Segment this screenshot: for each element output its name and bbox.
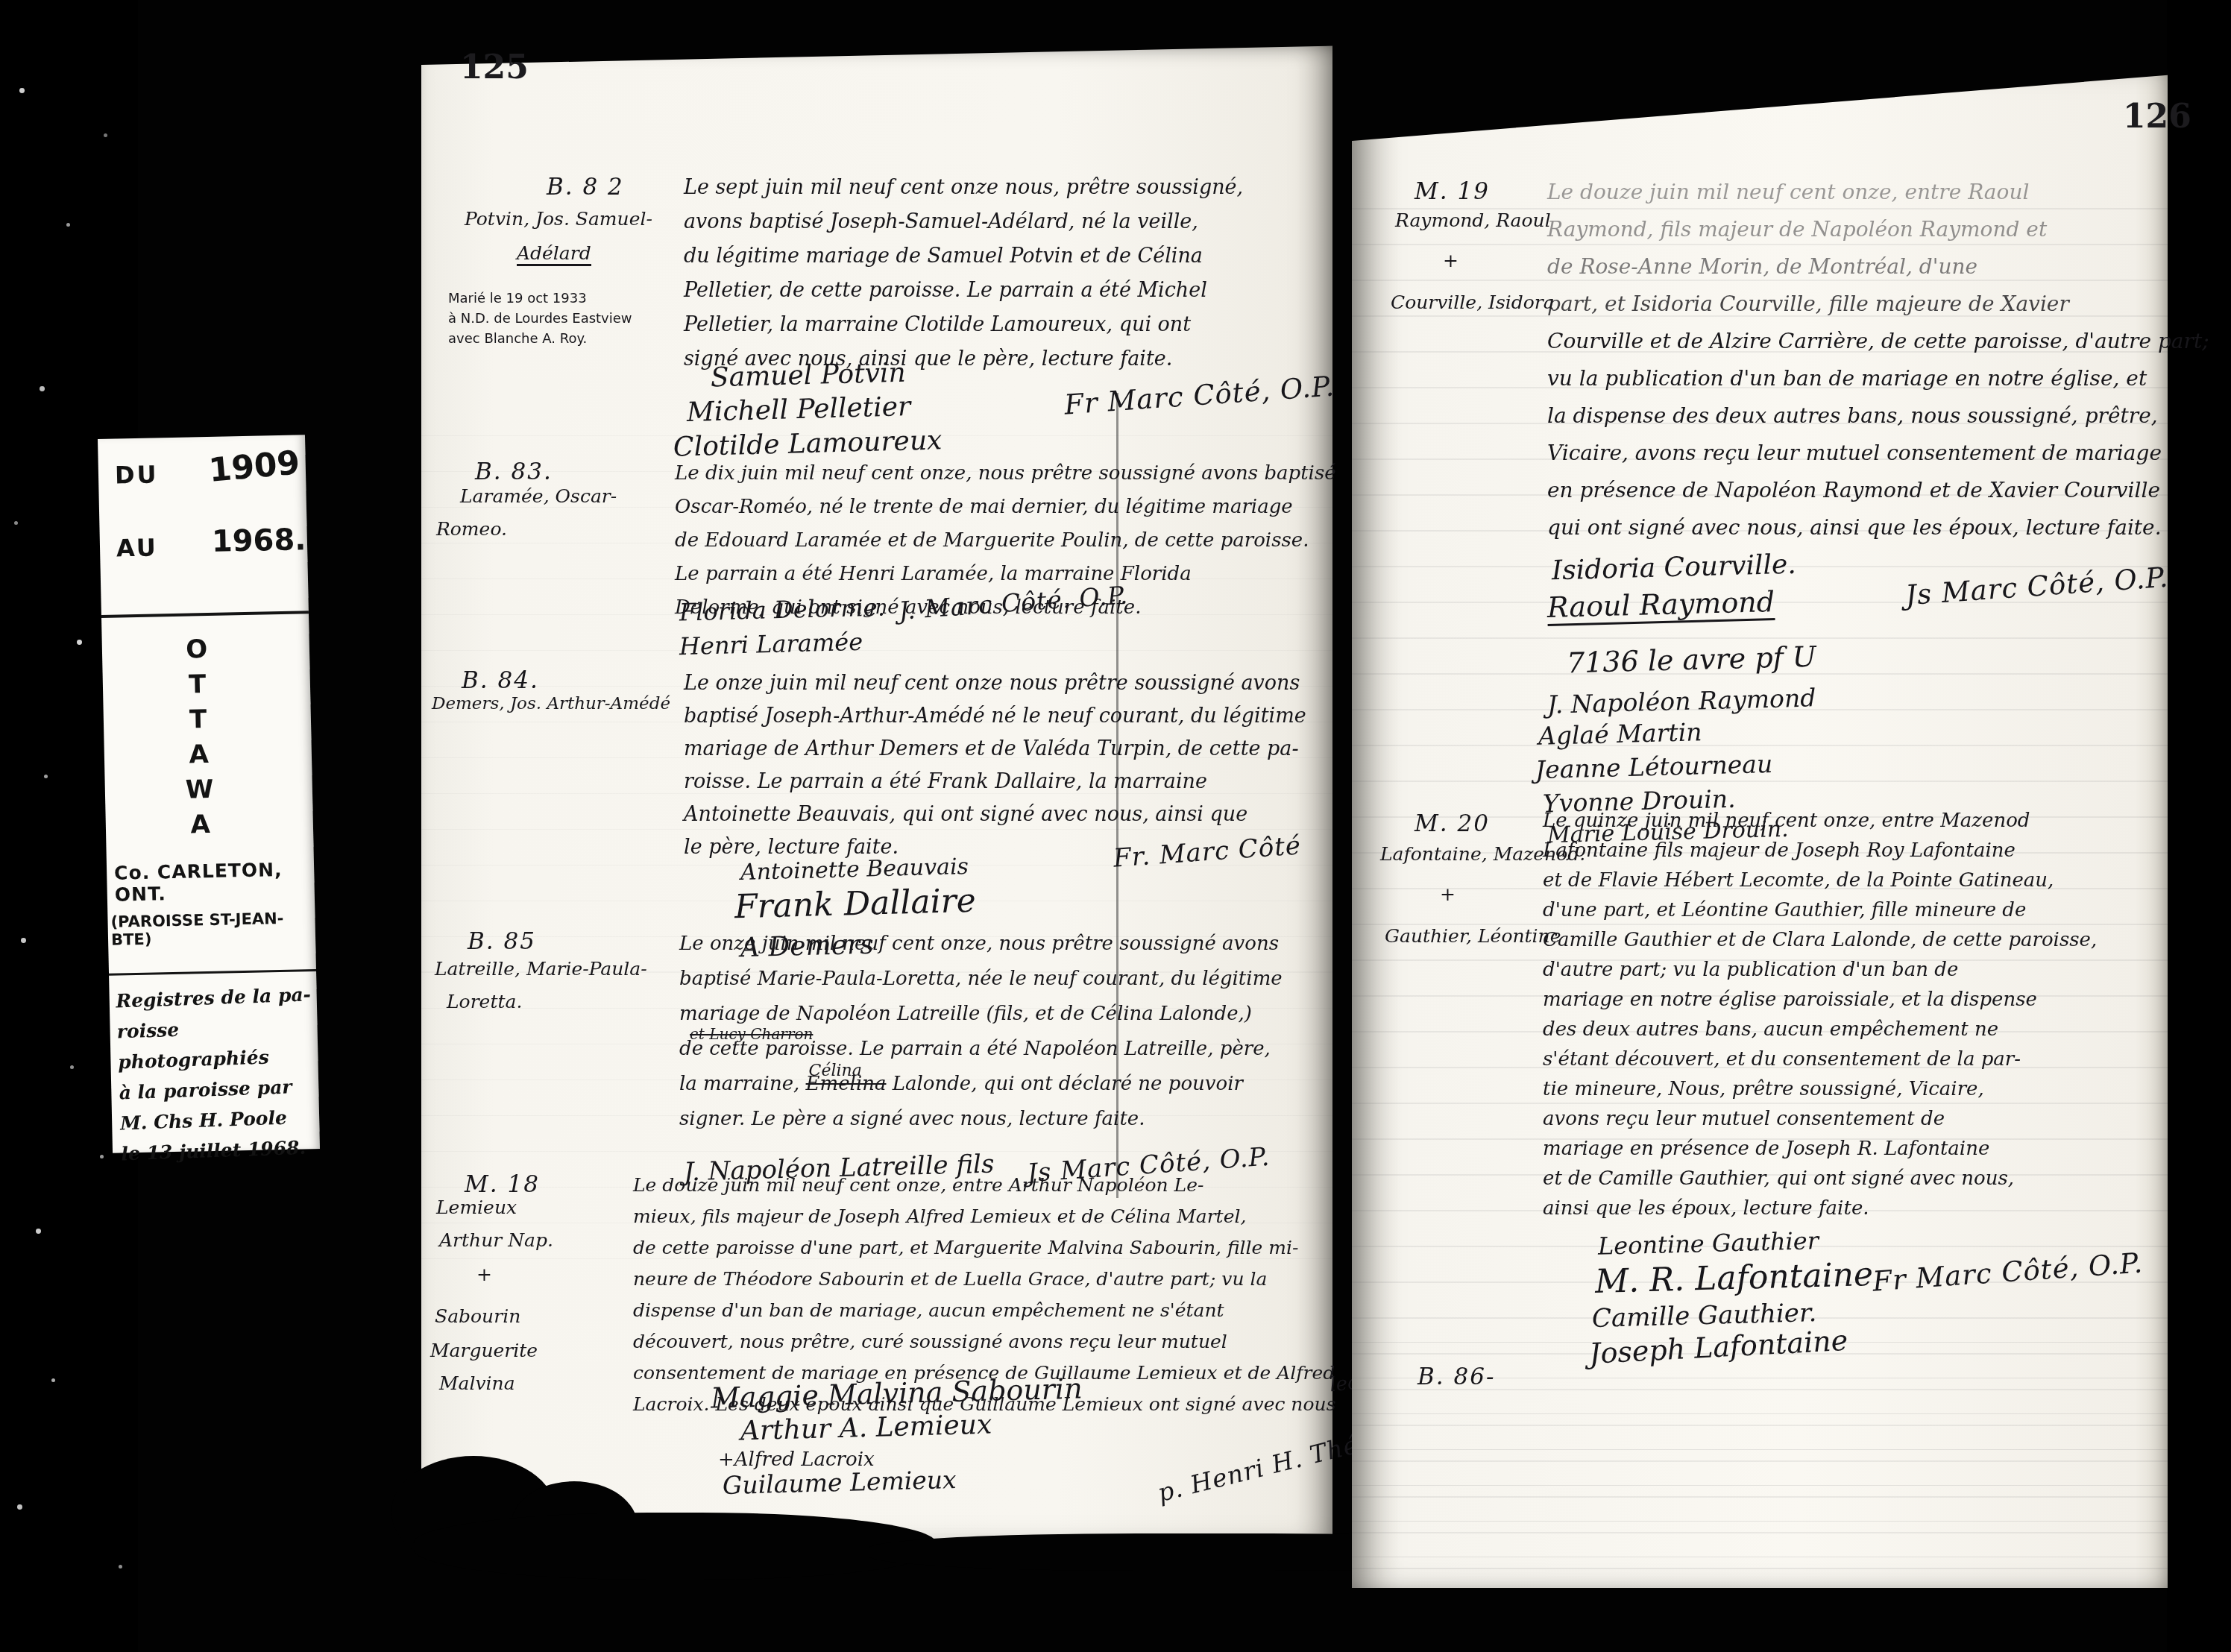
entry-b82-signature: Michell Pelletier <box>687 391 911 428</box>
text-line: avons baptisé Joseph-Samuel-Adélard, né … <box>684 205 1243 239</box>
text-line: Lafontaine fils majeur de Joseph Roy Laf… <box>1543 836 2097 866</box>
entry-b84-label: B. 84. <box>462 667 539 694</box>
text-line: le 13 juillet 1968. <box>121 1132 321 1169</box>
text-line: avec Blanche A. Roy. <box>448 329 632 349</box>
text-line: part, et Isidoria Courville, fille majeu… <box>1547 286 2209 323</box>
entry-b84-signature: Frank Dallaire <box>734 882 976 926</box>
text-line: découvert, nous prêtre, curé soussigné a… <box>633 1326 1335 1358</box>
text-line: Le quinze juin mil neuf cent onze, entre… <box>1543 806 2097 836</box>
body-line: la marraine, EmelinaCélina Lalonde, qui … <box>679 1067 1283 1102</box>
text-line: la dispense des deux autres bans, nous s… <box>1547 397 2209 435</box>
entry-m18-margin: + <box>476 1264 492 1285</box>
text-line: mariage en notre église paroissiale, et … <box>1543 985 2097 1015</box>
entry-m18-margin: Malvina <box>439 1372 515 1394</box>
text-line: Le dix juin mil neuf cent onze, nous prê… <box>675 457 1336 491</box>
text-line: à N.D. de Lourdes Eastview <box>448 309 632 329</box>
body-line: signer. Le père a signé avec nous, lectu… <box>679 1102 1283 1137</box>
photography-note: Registres de la pa-roisse photographiésà… <box>116 979 321 1169</box>
entry-m19-label: M. 19 <box>1415 178 1490 205</box>
text-line: du légitime mariage de Samuel Potvin et … <box>684 239 1243 274</box>
text-line: de Rose-Anne Morin, de Montréal, d'une <box>1547 248 2209 286</box>
text-line: et de Flavie Hébert Lecomte, de la Point… <box>1543 866 2097 895</box>
page-top-shadow <box>421 42 1332 65</box>
text-line: mariage en présence de Joseph R. Lafonta… <box>1543 1134 2097 1164</box>
card-year-range-section: DU 1909 AU 1968. <box>98 435 309 618</box>
city-name-vertical: OTTAWA <box>182 632 214 843</box>
entry-b82-label: B. 8 2 <box>547 174 624 201</box>
text-line: Antoinette Beauvais, qui ont signé avec … <box>684 798 1306 831</box>
text-line: vu la publication d'un ban de mariage en… <box>1547 360 2209 397</box>
from-year: 1909 <box>207 444 302 490</box>
entry-m19-priest-signature: Js Marc Côté, O.P. <box>1904 561 2170 612</box>
entry-b85-margin-name: Latreille, Marie-Paula- <box>435 958 647 980</box>
text-line: mariage de Arthur Demers et de Valéda Tu… <box>684 733 1306 766</box>
page-top-shadow <box>1352 69 2168 141</box>
entry-m18-margin: Marguerite <box>430 1340 538 1361</box>
county-label: Co. CARLETON, ONT. <box>114 858 315 906</box>
entry-b82-margin-name: Potvin, Jos. Samuel- <box>465 208 652 230</box>
text-line: qui ont signé avec nous, ainsi que les é… <box>1547 509 2209 546</box>
register-page-126: 126 M. 19 Raymond, Raoul + Courville, Is… <box>1352 69 2168 1588</box>
text-line: d'autre part; vu la publication d'un ban… <box>1543 955 2097 985</box>
text-line: tie mineure, Nous, prêtre soussigné, Vic… <box>1543 1074 2097 1104</box>
entry-m19-witness-address: 7136 le avre pf U <box>1566 640 1816 680</box>
text-line: en présence de Napoléon Raymond et de Xa… <box>1547 472 2209 509</box>
entry-m20-margin: Gauthier, Léontine <box>1385 925 1561 947</box>
text-line: avons reçu leur mutuel consentement de <box>1543 1104 2097 1134</box>
text-line: ainsi que les époux, lecture faite. <box>1543 1194 2097 1223</box>
text-line: Le onze juin mil neuf cent onze nous prê… <box>684 667 1306 700</box>
entry-m18-signature: Arthur A. Lemieux <box>740 1410 992 1447</box>
entry-b82-priest-signature: Fr Marc Côté, O.P. <box>1063 370 1335 420</box>
text-line: s'étant découvert, et du consentement de… <box>1543 1044 2097 1074</box>
body-line: Le onze juin mil neuf cent onze, nous pr… <box>679 927 1283 962</box>
entry-b83-margin-name2: Romeo. <box>436 518 507 540</box>
entry-m19-margin: + <box>1443 250 1459 271</box>
film-blob <box>414 1513 936 1580</box>
text-line: Le douze juin mil neuf cent onze, entre … <box>633 1170 1335 1201</box>
text-line: de Edouard Laramée et de Marguerite Poul… <box>675 524 1336 558</box>
text-line: des deux autres bans, aucun empêchement … <box>1543 1015 2097 1044</box>
text-line: Marié le 19 oct 1933 <box>448 289 632 309</box>
entry-b82-signature: Samuel Potvin <box>711 358 907 394</box>
card-location-section: OTTAWA Co. CARLETON, ONT. (PAROISSE ST-J… <box>101 614 316 976</box>
card-note-section: Registres de la pa-roisse photographiésà… <box>109 971 320 1147</box>
text-line: Oscar-Roméo, né le trente de mai dernier… <box>675 491 1336 524</box>
text-line: Vicaire, avons reçu leur mutuel consente… <box>1547 435 2209 472</box>
entry-m20-margin: + <box>1440 883 1456 905</box>
entry-m18-margin: Sabourin <box>435 1305 520 1327</box>
entry-m18-label: M. 18 <box>465 1171 540 1198</box>
text-line: Pelletier, la marraine Clotilde Lamoureu… <box>684 308 1243 342</box>
register-page-125: 125 B. 8 2 Potvin, Jos. Samuel- Adélard … <box>421 42 1332 1539</box>
microfilm-scan: DU 1909 AU 1968. OTTAWA Co. CARLETON, ON… <box>0 0 2231 1652</box>
entry-m19-witness: Jeanne Létourneau <box>1535 749 1773 784</box>
entry-b83-signature: Henri Laramée <box>679 628 863 661</box>
to-label: AU <box>116 533 159 562</box>
entry-b86-label: B. 86- <box>1417 1363 1495 1390</box>
text-line: roisse. Le parrain a été Frank Dallaire,… <box>684 766 1306 798</box>
entry-m19-margin: Raymond, Raoul <box>1395 209 1551 231</box>
entry-m20-signature: Leontine Gauthier <box>1598 1226 1819 1261</box>
text-line: dispense d'un ban de mariage, aucun empê… <box>633 1295 1335 1326</box>
entry-m20-body: Le quinze juin mil neuf cent onze, entre… <box>1543 806 2097 1223</box>
entry-m19-witness: J. Napoléon Raymond <box>1547 683 1816 719</box>
text-line: Camille Gauthier et de Clara Lalonde, de… <box>1543 925 2097 955</box>
text-line: Pelletier, de cette paroisse. Le parrain… <box>684 274 1243 308</box>
entry-m18-margin: Lemieux <box>436 1197 517 1218</box>
text-line: neure de Théodore Sabourin et de Luella … <box>633 1264 1335 1295</box>
entry-b85-interline-struck: et Lucy Charron <box>690 1025 813 1043</box>
entry-m20-priest-signature: Fr Marc Côté, O.P. <box>1872 1246 2144 1297</box>
entry-m20-label: M. 20 <box>1415 810 1490 837</box>
text-line: de cette paroisse d'une part, et Marguer… <box>633 1232 1335 1264</box>
entry-m20-signature: M. R. Lafontaine <box>1594 1255 1873 1301</box>
entry-m19-witness: Aglaé Martin <box>1538 717 1702 751</box>
entry-b85-label: B. 85 <box>468 928 536 955</box>
entry-m19-signature: Isidoria Courville. <box>1552 549 1797 587</box>
parish-label: (PAROISSE ST-JEAN-BTE) <box>110 909 315 949</box>
entry-b83-label: B. 83. <box>475 458 553 485</box>
text-line: Le sept juin mil neuf cent onze nous, pr… <box>684 171 1243 205</box>
entry-m19-body: Le douze juin mil neuf cent onze, entre … <box>1547 174 2209 546</box>
text-line: Courville et de Alzire Carrière, de cett… <box>1547 323 2209 360</box>
entry-b84-body: Le onze juin mil neuf cent onze nous prê… <box>684 667 1306 864</box>
entry-m18-margin: Arthur Nap. <box>439 1229 553 1251</box>
entry-b83-signature: Florida Delorme. <box>679 593 886 626</box>
body-line: baptisé Marie-Paula-Loretta, née le neuf… <box>679 962 1283 997</box>
text-line: et de Camille Gauthier, qui ont signé av… <box>1543 1164 2097 1194</box>
correction-word: Célina <box>809 1053 862 1088</box>
entry-b84-margin-name: Demers, Jos. Arthur-Amédé <box>432 694 670 713</box>
dust-specks <box>0 0 2 2</box>
entry-b82-margin-name2: Adélard <box>517 242 591 266</box>
entry-m19-signature: Raoul Raymond <box>1546 585 1775 626</box>
entry-b82-margin-note: Marié le 19 oct 1933à N.D. de Lourdes Ea… <box>448 289 632 349</box>
entry-m19-margin: Courville, Isidora <box>1391 291 1555 313</box>
to-year: 1968. <box>211 523 306 559</box>
entry-b84-signature: Antoinette Beauvais <box>740 854 969 886</box>
text-line: Raymond, fils majeur de Napoléon Raymond… <box>1547 211 2209 248</box>
page-number: 125 <box>460 48 529 86</box>
text-line: roisse photographiés <box>116 1009 318 1077</box>
text-line: baptisé Joseph-Arthur-Amédé né le neuf c… <box>684 700 1306 733</box>
entry-b83-margin-name: Laramée, Oscar- <box>460 485 617 507</box>
microfilm-reference-card: DU 1909 AU 1968. OTTAWA Co. CARLETON, ON… <box>98 435 320 1153</box>
text-line: Le douze juin mil neuf cent onze, entre … <box>1547 174 2209 211</box>
text-line: Le parrain a été Henri Laramée, la marra… <box>675 558 1336 591</box>
text-line: d'une part, et Léontine Gauthier, fille … <box>1543 895 2097 925</box>
from-label: DU <box>115 460 159 489</box>
entry-m18-signature: Guilaume Lemieux <box>723 1465 957 1500</box>
entry-b85-margin-name2: Loretta. <box>447 991 522 1012</box>
entry-b82-body: Le sept juin mil neuf cent onze nous, pr… <box>684 171 1243 376</box>
text-line: mieux, fils majeur de Joseph Alfred Lemi… <box>633 1201 1335 1232</box>
page-number: 126 <box>2123 98 2191 136</box>
